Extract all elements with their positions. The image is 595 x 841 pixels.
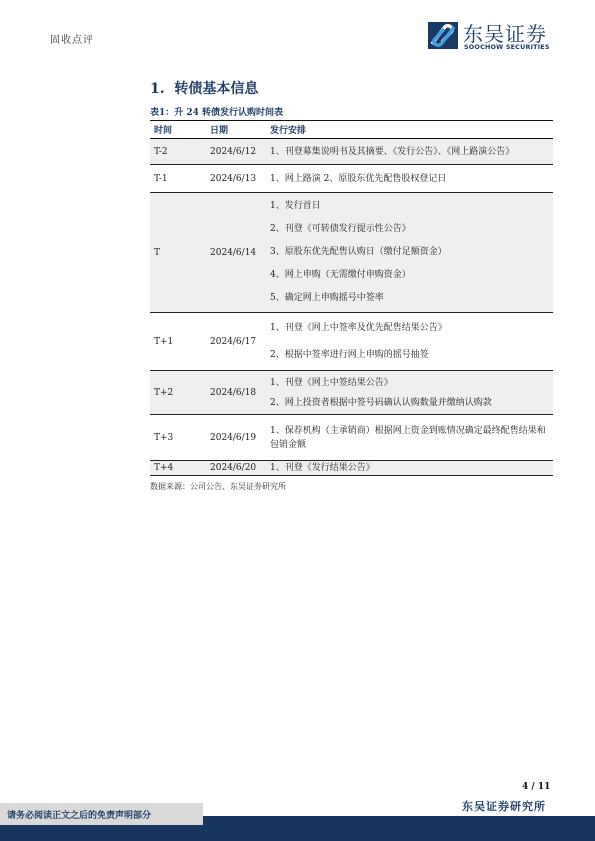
arrangement-item: 1、刊登《发行结果公告》 <box>270 461 553 475</box>
cell-date: 2024/6/14 <box>206 193 266 313</box>
cell-time: T+4 <box>150 461 206 476</box>
arrangement-item: 5、确定网上申购摇号中签率 <box>270 287 553 310</box>
arrangement-item: 1、网上路演 2、原股东优先配售股权登记日 <box>270 172 553 186</box>
cell-date: 2024/6/13 <box>206 165 266 193</box>
arrangement-item: 3、原股东优先配售认购日（缴付足额资金） <box>270 241 553 264</box>
issuance-schedule-table: 时间 日期 发行安排 T-22024/6/121、刊登募集说明书及其摘要、《发行… <box>150 120 553 476</box>
cell-date: 2024/6/12 <box>206 139 266 165</box>
data-source-note: 数据来源：公司公告、东吴证券研究所 <box>150 481 286 492</box>
cell-date: 2024/6/20 <box>206 461 266 476</box>
cell-arrangement: 1、网上路演 2、原股东优先配售股权登记日 <box>266 165 553 193</box>
table-header-row: 时间 日期 发行安排 <box>150 121 553 139</box>
arrangement-item: 1、刊登《网上中签结果公告》 <box>270 373 553 393</box>
cell-date: 2024/6/17 <box>206 313 266 371</box>
arrangement-item: 1、刊登《网上中签率及优先配售结果公告》 <box>270 315 553 342</box>
cell-arrangement: 1、刊登《发行结果公告》 <box>266 461 553 476</box>
arrangement-item: 2、网上投资者根据中签号码确认认购数量并缴纳认购款 <box>270 393 553 413</box>
disclaimer-box: 请务必阅读正文之后的免责声明部分 <box>0 803 203 825</box>
section-title: 1. 转债基本信息 <box>150 78 258 98</box>
section-title-text: 转债基本信息 <box>174 81 258 97</box>
cell-arrangement: 1、保荐机构（主承销商）根据网上资金到账情况确定最终配售结果和包销金额 <box>266 415 553 461</box>
header-time: 时间 <box>150 121 206 139</box>
company-logo: 东吴证券 SOOCHOW SECURITIES <box>428 20 553 52</box>
cell-time: T+3 <box>150 415 206 461</box>
cell-arrangement: 1、发行首日2、刊登《可转债发行提示性公告》3、原股东优先配售认购日（缴付足额资… <box>266 193 553 313</box>
soochow-logo-icon <box>428 22 458 49</box>
cell-time: T+1 <box>150 313 206 371</box>
header-date: 日期 <box>206 121 266 139</box>
arrangement-item: 2、根据中签率进行网上申购的摇号抽签 <box>270 342 553 369</box>
logo-en-text: SOOCHOW SECURITIES <box>464 43 550 51</box>
table-row: T-12024/6/131、网上路演 2、原股东优先配售股权登记日 <box>150 165 553 193</box>
arrangement-item: 1、保荐机构（主承销商）根据网上资金到账情况确定最终配售结果和包销金额 <box>270 424 553 452</box>
cell-arrangement: 1、刊登《网上中签结果公告》2、网上投资者根据中签号码确认认购数量并缴纳认购款 <box>266 371 553 415</box>
table-row: T+22024/6/181、刊登《网上中签结果公告》2、网上投资者根据中签号码确… <box>150 371 553 415</box>
cell-time: T <box>150 193 206 313</box>
cell-date: 2024/6/19 <box>206 415 266 461</box>
arrangement-item: 4、网上申购（无需缴付申购资金） <box>270 264 553 287</box>
table-title: 表1：升 24 转债发行认购时间表 <box>150 105 283 118</box>
table-row: T+12024/6/171、刊登《网上中签率及优先配售结果公告》2、根据中签率进… <box>150 313 553 371</box>
arrangement-item: 2、刊登《可转债发行提示性公告》 <box>270 218 553 241</box>
table-row: T2024/6/141、发行首日2、刊登《可转债发行提示性公告》3、原股东优先配… <box>150 193 553 313</box>
disclaimer-text: 请务必阅读正文之后的免责声明部分 <box>7 808 151 821</box>
table-row: T+42024/6/201、刊登《发行结果公告》 <box>150 461 553 476</box>
cell-arrangement: 1、刊登募集说明书及其摘要、《发行公告》、《网上路演公告》 <box>266 139 553 165</box>
arrangement-item: 1、发行首日 <box>270 195 553 218</box>
arrangement-item: 1、刊登募集说明书及其摘要、《发行公告》、《网上路演公告》 <box>270 145 553 159</box>
section-number: 1. <box>150 81 165 97</box>
header-arrangement: 发行安排 <box>266 121 553 139</box>
report-category: 固收点评 <box>50 31 94 46</box>
cell-time: T-1 <box>150 165 206 193</box>
table-row: T-22024/6/121、刊登募集说明书及其摘要、《发行公告》、《网上路演公告… <box>150 139 553 165</box>
cell-date: 2024/6/18 <box>206 371 266 415</box>
footer-org: 东吴证券研究所 <box>462 798 546 814</box>
cell-time: T+2 <box>150 371 206 415</box>
cell-time: T-2 <box>150 139 206 165</box>
table-row: T+32024/6/191、保荐机构（主承销商）根据网上资金到账情况确定最终配售… <box>150 415 553 461</box>
cell-arrangement: 1、刊登《网上中签率及优先配售结果公告》2、根据中签率进行网上申购的摇号抽签 <box>266 313 553 371</box>
page-number: 4 / 11 <box>522 782 550 792</box>
